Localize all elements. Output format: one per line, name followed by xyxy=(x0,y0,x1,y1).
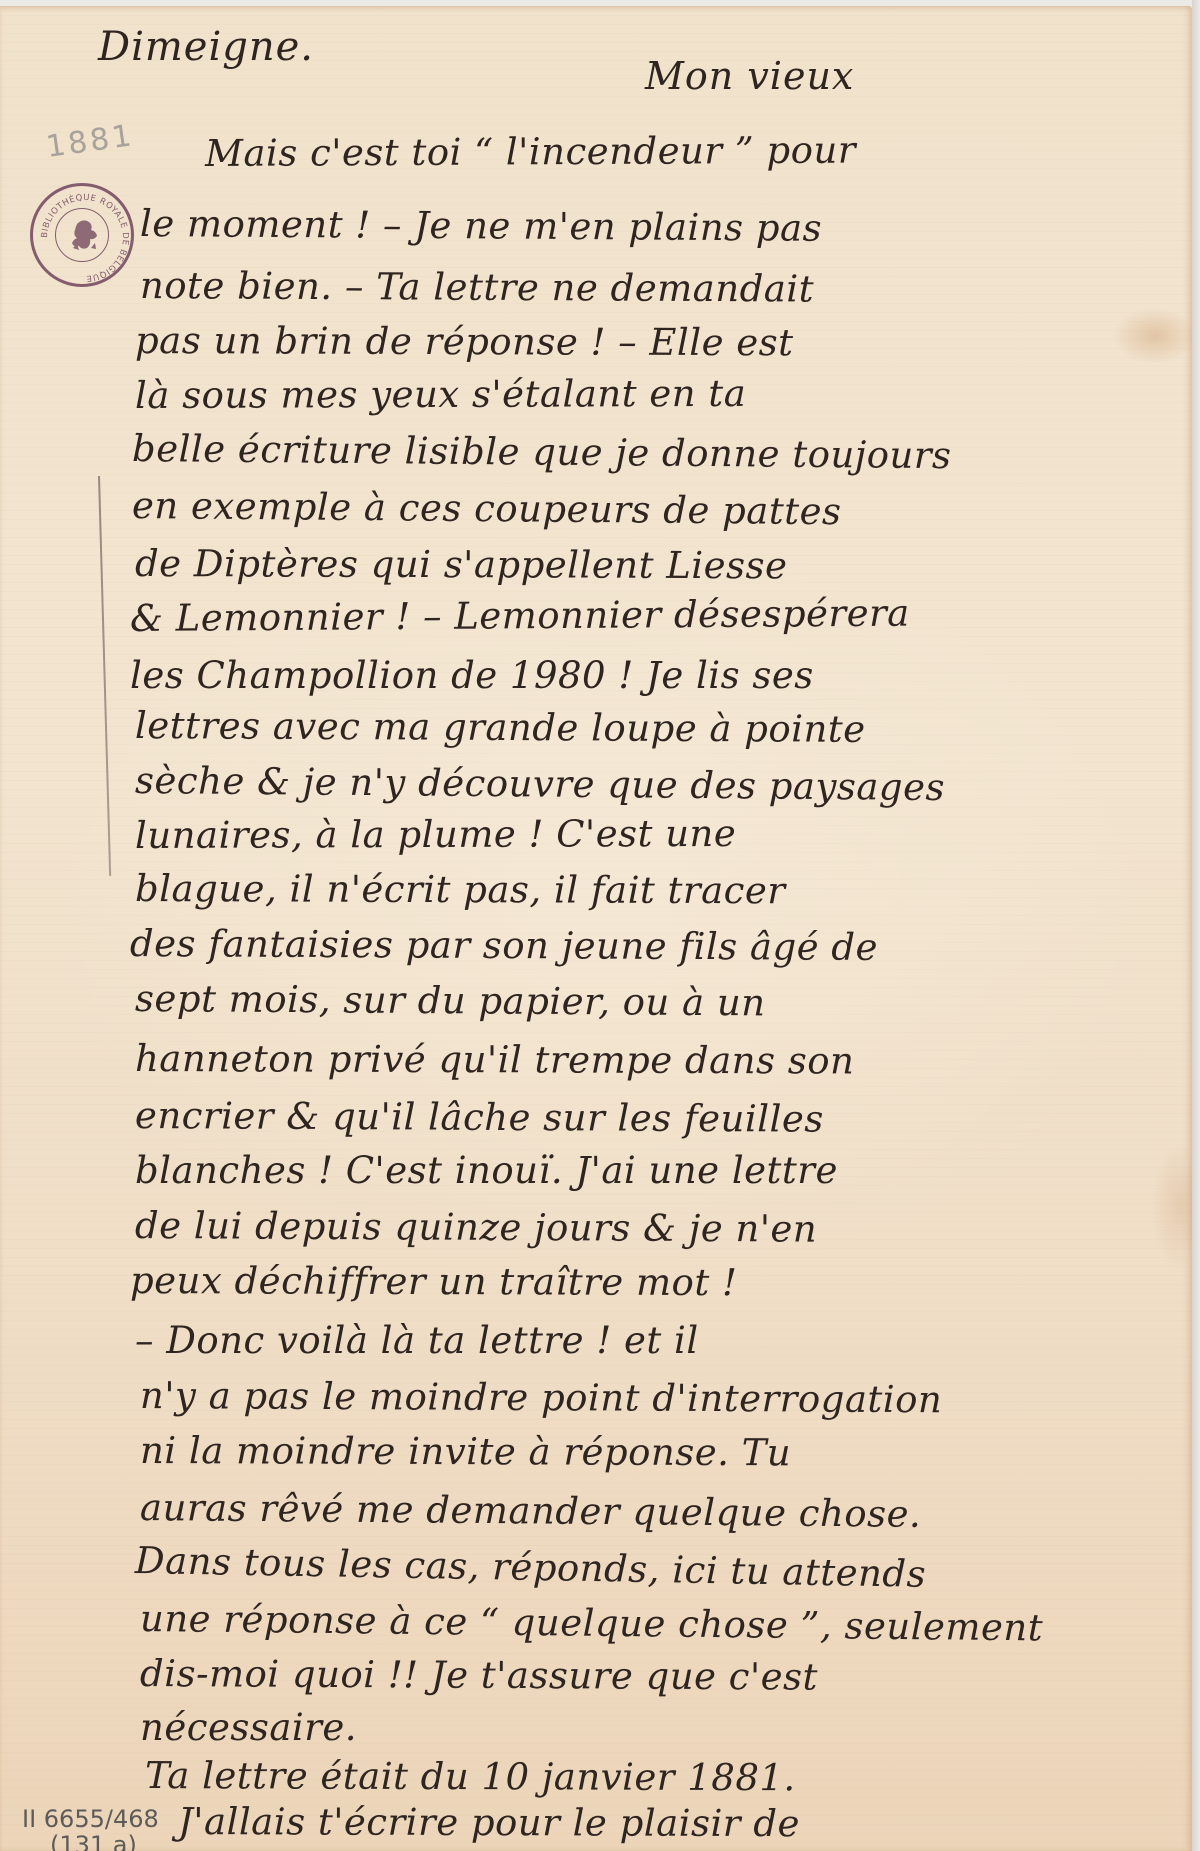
letter-line: note bien. – Ta lettre ne demandait xyxy=(140,264,814,311)
letter-line: pas un brin de réponse ! – Elle est xyxy=(135,319,794,364)
shelfmark-number: II 6655/468 xyxy=(22,1805,159,1833)
letter-line: lettres avec ma grande loupe à pointe xyxy=(135,704,866,751)
letter-line: Dans tous les cas, réponds, ici tu atten… xyxy=(135,1539,927,1596)
letter-line: de lui depuis quinze jours & je n'en xyxy=(135,1204,817,1251)
letter-line: n'y a pas le moindre point d'interrogati… xyxy=(140,1374,942,1421)
letter-line: hanneton privé qu'il trempe dans son xyxy=(135,1037,855,1083)
letter-line: – Donc voilà là ta lettre ! et il xyxy=(135,1319,699,1362)
letter-line: belle écriture lisible que je donne touj… xyxy=(132,427,952,477)
scanned-page: Dimeigne. Mon vieux 1881 BIBLIOTHÈQUE RO… xyxy=(0,0,1200,1851)
letter-line: de Diptères qui s'appellent Liesse xyxy=(135,542,788,587)
letter-line: peux déchiffrer un traître mot ! xyxy=(130,1259,738,1304)
letter-line: blague, il n'écrit pas, il fait tracer xyxy=(135,867,786,912)
letter-line: le moment ! – Je ne m'en plains pas xyxy=(140,202,822,250)
letter-line: sept mois, sur du papier, ou à un xyxy=(135,977,766,1024)
letter-line: des fantaisies par son jeune fils âgé de xyxy=(130,922,878,969)
letter-line: nécessaire. xyxy=(140,1706,357,1749)
letter-line: une réponse à ce “ quelque chose ”, seul… xyxy=(140,1597,1044,1649)
letter-line: sèche & je n'y découvre que des paysages xyxy=(135,759,945,809)
letter-line: Ta lettre était du 10 janvier 1881. xyxy=(145,1754,796,1799)
shelfmark-folio: (131 a) xyxy=(22,1832,159,1851)
letter-line: encrier & qu'il lâche sur les feuilles xyxy=(135,1094,824,1141)
letter-line: là sous mes yeux s'étalant en ta xyxy=(135,372,746,417)
letter-line: & Lemonnier ! – Lemonnier désespérera xyxy=(130,592,910,640)
letter-line: les Champollion de 1980 ! Je lis ses xyxy=(130,654,814,697)
archival-shelfmark: II 6655/468 (131 a) xyxy=(22,1806,159,1851)
letter-line: lunaires, à la plume ! C'est une xyxy=(135,812,736,857)
letter-line: dis-moi quoi !! Je t'assure que c'est xyxy=(140,1652,818,1699)
letter-line: Mais c'est toi “ l'incendeur ” pour xyxy=(205,129,856,175)
scan-background-edge xyxy=(1192,0,1200,1851)
letter-paper: Dimeigne. Mon vieux 1881 BIBLIOTHÈQUE RO… xyxy=(0,6,1192,1851)
letter-line: blanches ! C'est inouï. J'ai une lettre xyxy=(135,1149,838,1192)
letter-body: Mais c'est toi “ l'incendeur ” pour le m… xyxy=(0,6,1192,1851)
letter-line: J'allais t'écrire pour le plaisir de xyxy=(178,1800,800,1845)
letter-line: en exemple à ces coupeurs de pattes xyxy=(132,484,842,533)
letter-line: ni la moindre invite à réponse. Tu xyxy=(140,1429,791,1474)
letter-line: auras rêvé me demander quelque chose. xyxy=(140,1486,922,1536)
